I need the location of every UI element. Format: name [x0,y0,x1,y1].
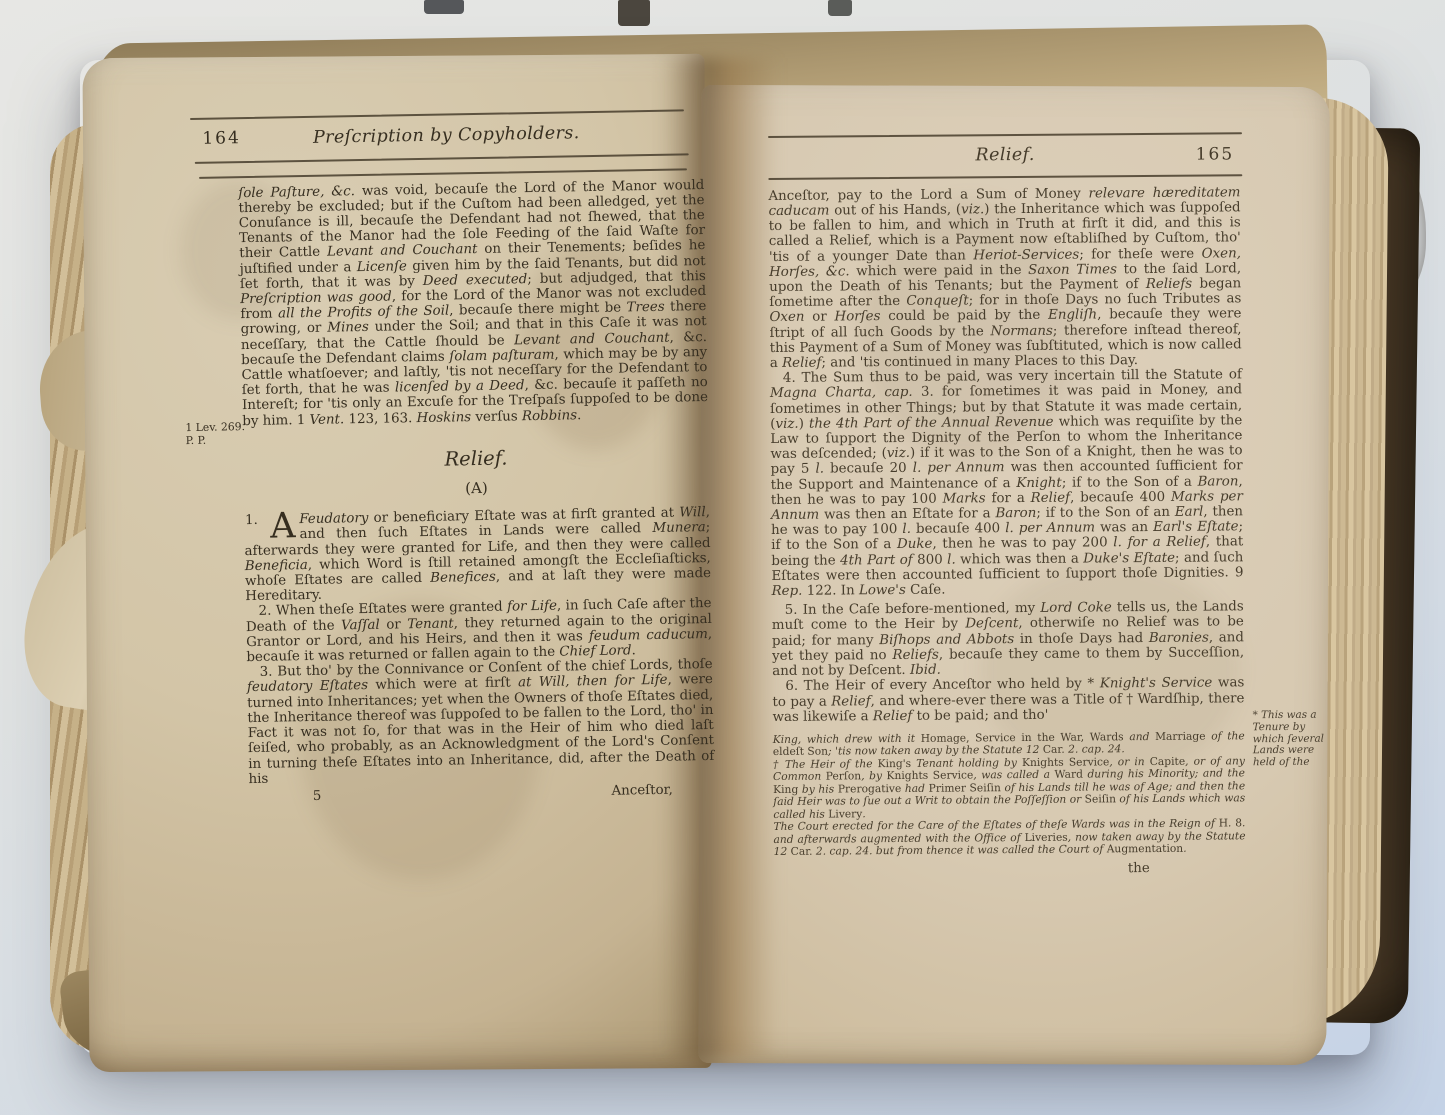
footnotes: King, which drew with it Homage, Service… [773,730,1246,859]
background-object [618,0,650,26]
paragraph-1: 1. A Feudatory or beneficiary Eſtate was… [244,505,712,604]
footnote-2: † The Heir of the King's Tenant holding … [773,755,1245,821]
catchword-left: Anceſtor, [611,783,673,799]
margin-note-line: held of the [1253,757,1325,769]
footnote-3: The Court erected for the Care of the Eſ… [773,818,1245,859]
paragraph-2: 2. When theſe Eſtates were granted for L… [246,596,713,665]
section-label: (A) [243,477,709,500]
page-number-right: 165 [1196,144,1235,164]
background-object [424,0,464,14]
paragraph-number: 3. [247,665,273,680]
drop-cap: A [270,513,296,539]
left-page-body: ſole Paſture, &c. was void, becauſe the … [238,178,715,806]
paragraph-number: 4. [770,371,796,386]
book-photo-scene: 164 Preſcription by Copyholders. 1 Lev. … [0,0,1445,1115]
paragraph-text: Feudatory or beneficiary Eſtate was at f… [244,505,711,604]
paragraph-text: In the Caſe before-mentioned, my Lord Co… [772,600,1244,680]
paragraph-continuation: Anceſtor, pay to the Lord a Sum of Money… [768,185,1241,371]
paragraph-number: 2. [246,604,272,619]
left-page-content: 164 Preſcription by Copyholders. 1 Lev. … [190,109,714,806]
header-rule-second [199,168,687,178]
paragraph-6: 6. The Heir of every Anceſtor who held b… [772,676,1244,725]
section-heading: Relief. [243,447,709,470]
paragraph-number: 5. [772,603,798,618]
catchword-right: the [1128,861,1150,876]
paragraph-text: The Sum thus to be paid, was very incert… [770,368,1244,600]
background-object [828,0,852,16]
paragraph-number: 6. [772,679,798,694]
paragraph-number: 1. [244,513,270,529]
signature-mark: 5 [313,789,322,804]
right-page-header: Relief. 165 [768,134,1242,178]
paragraph-5: 5. In the Caſe before-mentioned, my Lord… [772,600,1245,680]
paragraph-text: The Heir of every Anceſtor who held by *… [772,676,1244,725]
paragraph-3: 3. But tho' by the Connivance or Conſent… [247,657,715,787]
right-page-content: Relief. 165 * This was a Tenure by which… [768,132,1248,879]
margin-note-line: P. P. [186,434,250,448]
paragraph-text: But tho' by the Connivance or Conſent of… [247,657,715,787]
right-margin-note: * This was a Tenure by which ſeveral Lan… [1253,710,1325,770]
running-title-right: Relief. [768,134,1242,167]
paragraph-4: 4. The Sum thus to be paid, was very inc… [770,368,1244,600]
left-margin-note: 1 Lev. 269. P. P. [185,421,249,447]
margin-note-line: 1 Lev. 269. [185,421,249,435]
paragraph-text: When theſe Eſtates were granted for Life… [246,596,712,665]
right-page-body: Anceſtor, pay to the Lord a Sum of Money… [768,185,1245,879]
page-number-left: 164 [202,128,241,149]
paragraph-continuation: ſole Paſture, &c. was void, becauſe the … [238,178,708,429]
